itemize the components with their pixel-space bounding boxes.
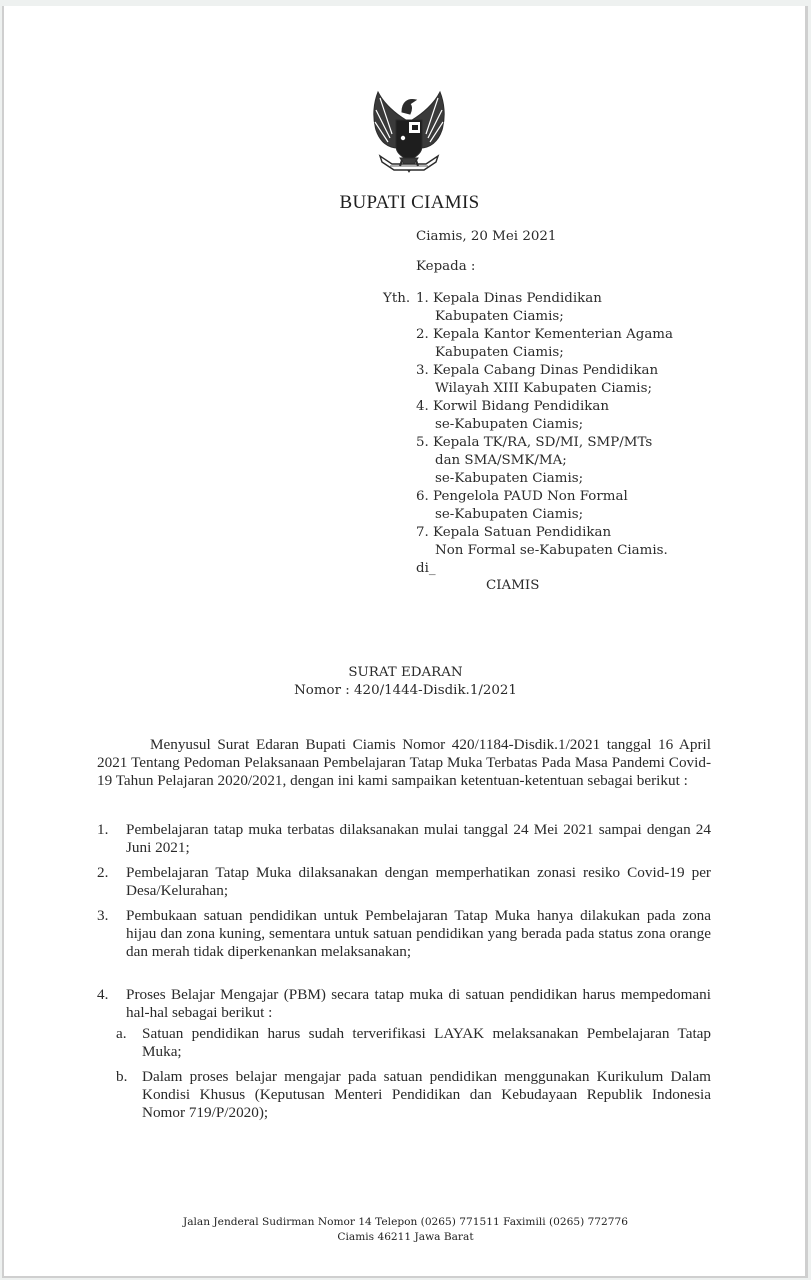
recipient-6: 6. Pengelola PAUD Non Formal [416, 488, 673, 506]
recipient-list: 1. Kepala Dinas Pendidikan Kabupaten Cia… [416, 290, 673, 560]
garuda-emblem-icon [366, 90, 452, 180]
list-item-1: 1. Pembelajaran tatap muka terbatas dila… [97, 821, 711, 857]
intro-paragraph: Menyusul Surat Edaran Bupati Ciamis Nomo… [97, 736, 711, 790]
document-number: Nomor : 420/1444-Disdik.1/2021 [0, 683, 811, 698]
recipient-7: 7. Kepala Satuan Pendidikan [416, 524, 673, 542]
recipient-4-line-2: se-Kabupaten Ciamis; [416, 416, 673, 434]
sub-item-b: b. Dalam proses belajar mengajar pada sa… [116, 1068, 711, 1122]
footer-line-1: Jalan Jenderal Sudirman Nomor 14 Telepon… [0, 1215, 811, 1230]
recipient-7-line-2: Non Formal se-Kabupaten Ciamis. [416, 542, 673, 560]
place-date: Ciamis, 20 Mei 2021 [416, 228, 556, 246]
recipient-3: 3. Kepala Cabang Dinas Pendidikan [416, 362, 673, 380]
recipient-1: 1. Kepala Dinas Pendidikan [416, 290, 673, 308]
document-type: SURAT EDARAN [0, 665, 811, 680]
di-label: di_ [416, 560, 436, 578]
to-label: Kepada : [416, 258, 475, 276]
list-item-2: 2. Pembelajaran Tatap Muka dilaksanakan … [97, 864, 711, 900]
recipient-4: 4. Korwil Bidang Pendidikan [416, 398, 673, 416]
list-item-4: 4. Proses Belajar Mengajar (PBM) secara … [97, 986, 711, 1022]
recipient-1-line-2: Kabupaten Ciamis; [416, 308, 673, 326]
recipient-5-line-2: dan SMA/SMK/MA; [416, 452, 673, 470]
footer-address: Jalan Jenderal Sudirman Nomor 14 Telepon… [0, 1215, 811, 1245]
recipient-2: 2. Kepala Kantor Kementerian Agama [416, 326, 673, 344]
recipient-5: 5. Kepala TK/RA, SD/MI, SMP/MTs [416, 434, 673, 452]
recipient-3-line-2: Wilayah XIII Kabupaten Ciamis; [416, 380, 673, 398]
letterhead-title: BUPATI CIAMIS [4, 192, 811, 214]
salutation: Yth. [383, 290, 410, 308]
list-item-3: 3. Pembukaan satuan pendidikan untuk Pem… [97, 907, 711, 961]
recipient-5-line-3: se-Kabupaten Ciamis; [416, 470, 673, 488]
sub-item-a: a. Satuan pendidikan harus sudah terveri… [116, 1025, 711, 1061]
destination: CIAMIS [486, 577, 539, 595]
recipient-2-line-2: Kabupaten Ciamis; [416, 344, 673, 362]
recipient-6-line-2: se-Kabupaten Ciamis; [416, 506, 673, 524]
footer-line-2: Ciamis 46211 Jawa Barat [0, 1230, 811, 1245]
